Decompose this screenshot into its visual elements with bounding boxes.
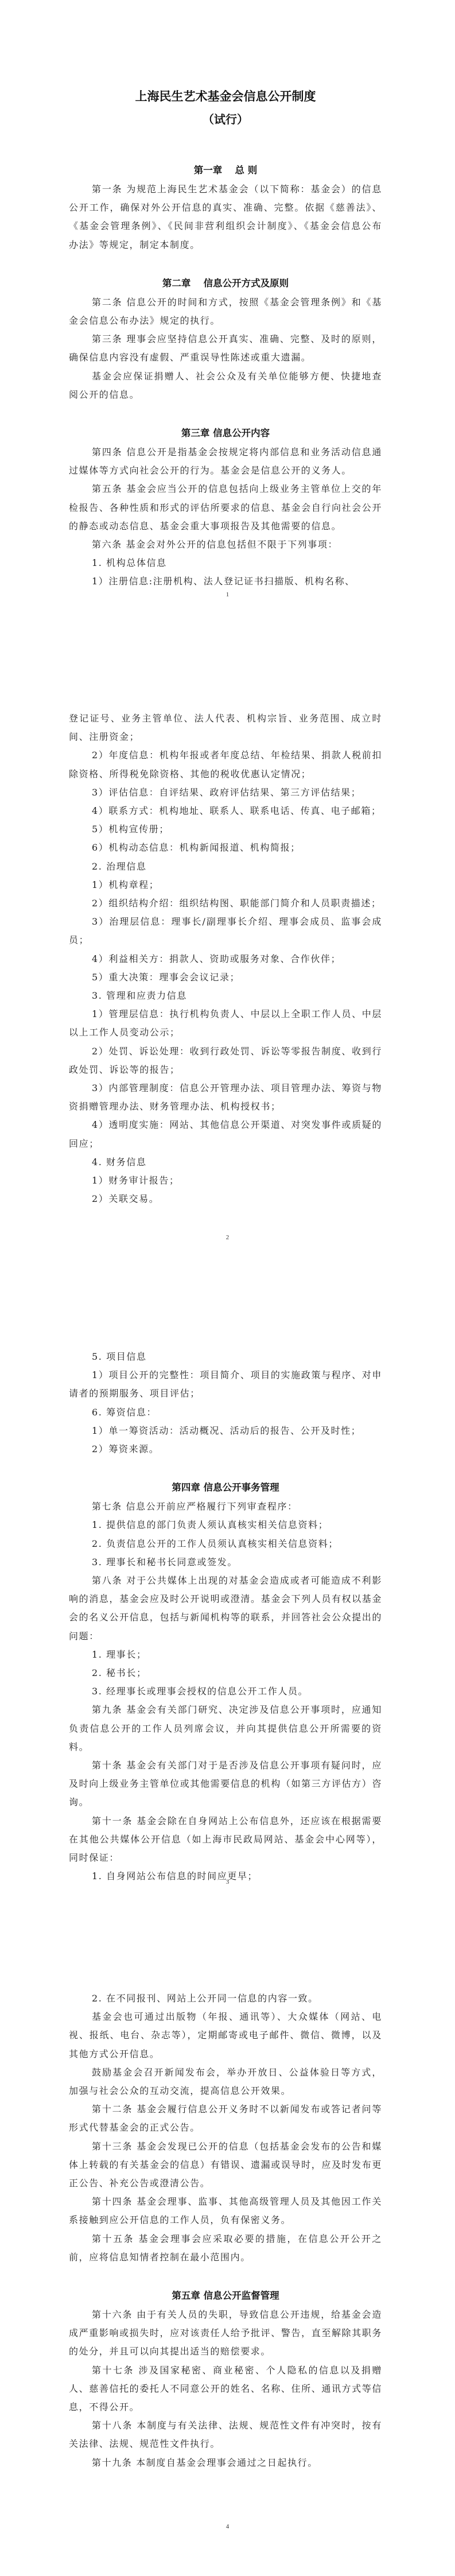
page-number: 1 xyxy=(0,591,455,598)
article-paragraph: 基金会也可通过出版物（年报、通讯等）、大众媒体（网站、电视、报纸、电台、杂志等）… xyxy=(69,2008,382,2063)
article-paragraph: 2. 负责信息公开的工作人员须认真核实相关信息资料； xyxy=(69,1535,382,1553)
article-paragraph: 第十四条 基金会理事、监事、其他高级管理人员及其他因工作关系接触到应公开信息的工… xyxy=(69,2193,382,2229)
page-3-content: 5. 项目信息1）项目公开的完整性：项目简介、项目的实施政策与程序、对申请者的预… xyxy=(69,1348,382,1886)
article-paragraph: 第六条 基金会对外公开的信息包括但不限于下列事项： xyxy=(69,536,382,554)
article-paragraph: 2）筹资来源。 xyxy=(69,1440,382,1458)
article-paragraph: 第十一条 基金会除在自身网站上公布信息外，还应该在根据需要在其他公共媒体公开信息… xyxy=(69,1812,382,1868)
chapter-heading: 第三章 信息公开内容 xyxy=(69,424,382,443)
page-2-content: 登记证号、业务主管单位、法人代表、机构宗旨、业务范围、成立时间、注册资金；2）年… xyxy=(69,709,382,1208)
article-paragraph: 1. 提供信息的部门负责人须认真核实相关信息资料； xyxy=(69,1516,382,1534)
article-paragraph: 2. 在不同报刊、网站上公开同一信息的内容一致。 xyxy=(69,1989,382,2008)
article-paragraph: 登记证号、业务主管单位、法人代表、机构宗旨、业务范围、成立时间、注册资金； xyxy=(69,709,382,746)
chapter-heading: 第二章 信息公开方式及原则 xyxy=(69,274,382,293)
page-4-content: 2. 在不同报刊、网站上公开同一信息的内容一致。基金会也可通过出版物（年报、通讯… xyxy=(69,1989,382,2472)
article-paragraph: 4）透明度实施：网站、其他信息公开渠道、对突发事件或质疑的回应； xyxy=(69,1116,382,1153)
article-paragraph: 1）财务审计报告； xyxy=(69,1171,382,1190)
article-paragraph: 第五条 基金会应当公开的信息包括向上级业务主管单位上交的年检报告、各种性质和形式… xyxy=(69,480,382,536)
article-paragraph: 3）治理层信息：理事长/副理事长介绍、理事会成员、监事会成员； xyxy=(69,913,382,949)
article-paragraph: 5）重大决策：理事会会议记录； xyxy=(69,968,382,987)
article-paragraph: 3. 理事长和秘书长同意或签发。 xyxy=(69,1553,382,1572)
page-3-body: 5. 项目信息1）项目公开的完整性：项目简介、项目的实施政策与程序、对申请者的预… xyxy=(69,1348,382,1886)
article-paragraph: 第八条 对于公共媒体上出现的对基金会造成或者可能造成不利影响的消息，基金会应及时… xyxy=(69,1572,382,1646)
page-4-body: 2. 在不同报刊、网站上公开同一信息的内容一致。基金会也可通过出版物（年报、通讯… xyxy=(69,1989,382,2472)
article-paragraph: 1）注册信息:注册机构、法人登记证书扫描版、机构名称、 xyxy=(69,572,382,591)
chapter-heading: 第一章 总 则 xyxy=(69,161,382,180)
article-paragraph: 第四条 信息公开是指基金会按规定将内部信息和业务活动信息通过媒体等方式向社会公开… xyxy=(69,443,382,480)
article-paragraph: 6）机构动态信息：机构新闻报道、机构简报； xyxy=(69,839,382,857)
page-4: 2. 在不同报刊、网站上公开同一信息的内容一致。基金会也可通过出版物（年报、通讯… xyxy=(0,1933,455,2576)
article-paragraph: 4）联系方式：机构地址、联系人、联系电话、传真、电子邮箱； xyxy=(69,802,382,820)
article-paragraph: 第十九条 本制度自基金会理事会通过之日起执行。 xyxy=(69,2454,382,2472)
article-paragraph: 2. 治理信息 xyxy=(69,858,382,876)
article-paragraph: 3）内部管理制度：信息公开管理办法、项目管理办法、筹资与物资捐赠管理办法、财务管… xyxy=(69,1079,382,1116)
article-paragraph: 1）项目公开的完整性：项目简介、项目的实施政策与程序、对申请者的预期服务、项目评… xyxy=(69,1366,382,1403)
article-paragraph: 基金会应保证捐赠人、社会公众及有关单位能够方便、快捷地查阅公开的信息。 xyxy=(69,367,382,404)
article-paragraph: 第十条 基金会有关部门对于是否涉及信息公开事项有疑问时，应及时向上级业务主管单位… xyxy=(69,1756,382,1812)
article-paragraph: 2）关联交易。 xyxy=(69,1190,382,1208)
article-paragraph: 3. 经理事长或理事会授权的信息公开工作人员。 xyxy=(69,1682,382,1701)
article-paragraph: 2. 秘书长； xyxy=(69,1664,382,1682)
article-paragraph: 第十三条 基金会发现已公开的信息（包括基金会发布的公告和媒体上转载的有关基金会的… xyxy=(69,2137,382,2193)
page-2: 登记证号、业务主管单位、法人代表、机构宗旨、业务范围、成立时间、注册资金；2）年… xyxy=(0,643,455,1286)
document-title: 上海民生艺术基金会信息公开制度 xyxy=(69,85,382,108)
article-paragraph: 第三条 理事会应坚持信息公开真实、准确、完整、及时的原则，确保信息内容没有虚假、… xyxy=(69,330,382,367)
article-paragraph: 2）年度信息：机构年报或者年度总结、年检结果、捐款人税前扣除资格、所得税免除资格… xyxy=(69,746,382,783)
article-paragraph: 1. 理事长； xyxy=(69,1646,382,1664)
article-paragraph: 3）评估信息：自评结果、政府评估结果、第三方评估结果； xyxy=(69,783,382,802)
article-paragraph: 5. 项目信息 xyxy=(69,1348,382,1366)
article-paragraph: 第十八条 本制度与有关法律、法规、规范性文件有冲突时，按有关法律、法规、规范性文… xyxy=(69,2416,382,2453)
page-1-content: 上海民生艺术基金会信息公开制度 （试行） 第一章 总 则第一条 为规范上海民生艺… xyxy=(69,85,382,591)
article-paragraph: 1）管理层信息：执行机构负责人、中层以上全职工作人员、中层以上工作人员变动公示； xyxy=(69,1005,382,1042)
page-1-body: 第一章 总 则第一条 为规范上海民生艺术基金会（以下简称：基金会）的信息公开工作… xyxy=(69,161,382,591)
article-paragraph: 第一条 为规范上海民生艺术基金会（以下简称：基金会）的信息公开工作，确保对外公开… xyxy=(69,180,382,254)
chapter-heading: 第四章 信息公开事务管理 xyxy=(69,1478,382,1498)
article-paragraph: 第二条 信息公开的时间和方式，按照《基金会管理条例》和《基金会信息公布办法》规定… xyxy=(69,293,382,330)
article-paragraph: 第十七条 涉及国家秘密、商业秘密、个人隐私的信息以及捐赠人、慈善信托的委托人不同… xyxy=(69,2361,382,2417)
page-number: 2 xyxy=(0,1234,455,1241)
article-paragraph: 1. 机构总体信息 xyxy=(69,554,382,572)
chapter-heading: 第五章 信息公开监督管理 xyxy=(69,2286,382,2306)
page-number: 4 xyxy=(0,2523,455,2530)
article-paragraph: 4. 财务信息 xyxy=(69,1153,382,1171)
article-paragraph: 6. 筹资信息： xyxy=(69,1403,382,1422)
article-paragraph: 2）处罚、诉讼处理：收到行政处罚、诉讼等零报告制度、收到行政处罚、诉讼等的报告； xyxy=(69,1042,382,1079)
article-paragraph: 第七条 信息公开前应严格履行下列审查程序： xyxy=(69,1498,382,1516)
article-paragraph: 第十二条 基金会履行信息公开义务时不以新闻发布或答记者问等形式代替基金会的正式公… xyxy=(69,2100,382,2137)
article-paragraph: 4）利益相关方：捐款人、资助或服务对象、合作伙伴； xyxy=(69,950,382,968)
article-paragraph: 1）单一筹资活动：活动概况、活动后的报告、公开及时性； xyxy=(69,1422,382,1440)
article-paragraph: 3. 管理和应责力信息 xyxy=(69,987,382,1005)
article-paragraph: 鼓励基金会召开新闻发布会，举办开放日、公益体验日等方式，加强与社会公众的互动交流… xyxy=(69,2063,382,2100)
article-paragraph: 第九条 基金会有关部门研究、决定涉及信息公开事项时，应通知负责信息公开的工作人员… xyxy=(69,1701,382,1756)
article-paragraph: 5）机构宣传册； xyxy=(69,820,382,839)
page-number: 3 xyxy=(0,1879,455,1886)
article-paragraph: 1）机构章程； xyxy=(69,876,382,894)
article-paragraph: 第十六条 由于有关人员的失职，导致信息公开违规，给基金会造成严重影响或损失时，应… xyxy=(69,2306,382,2361)
document-subtitle: （试行） xyxy=(69,108,382,131)
article-paragraph: 第十五条 基金会理事会应采取必要的措施，在信息公开公开之前，应将信息知情者控制在… xyxy=(69,2230,382,2267)
article-paragraph: 2）组织结构介绍：组织结构图、职能部门简介和人员职责描述； xyxy=(69,894,382,913)
page-1: 上海民生艺术基金会信息公开制度 （试行） 第一章 总 则第一条 为规范上海民生艺… xyxy=(0,0,455,643)
page-2-body: 登记证号、业务主管单位、法人代表、机构宗旨、业务范围、成立时间、注册资金；2）年… xyxy=(69,709,382,1208)
page-3: 5. 项目信息1）项目公开的完整性：项目简介、项目的实施政策与程序、对申请者的预… xyxy=(0,1289,455,1931)
